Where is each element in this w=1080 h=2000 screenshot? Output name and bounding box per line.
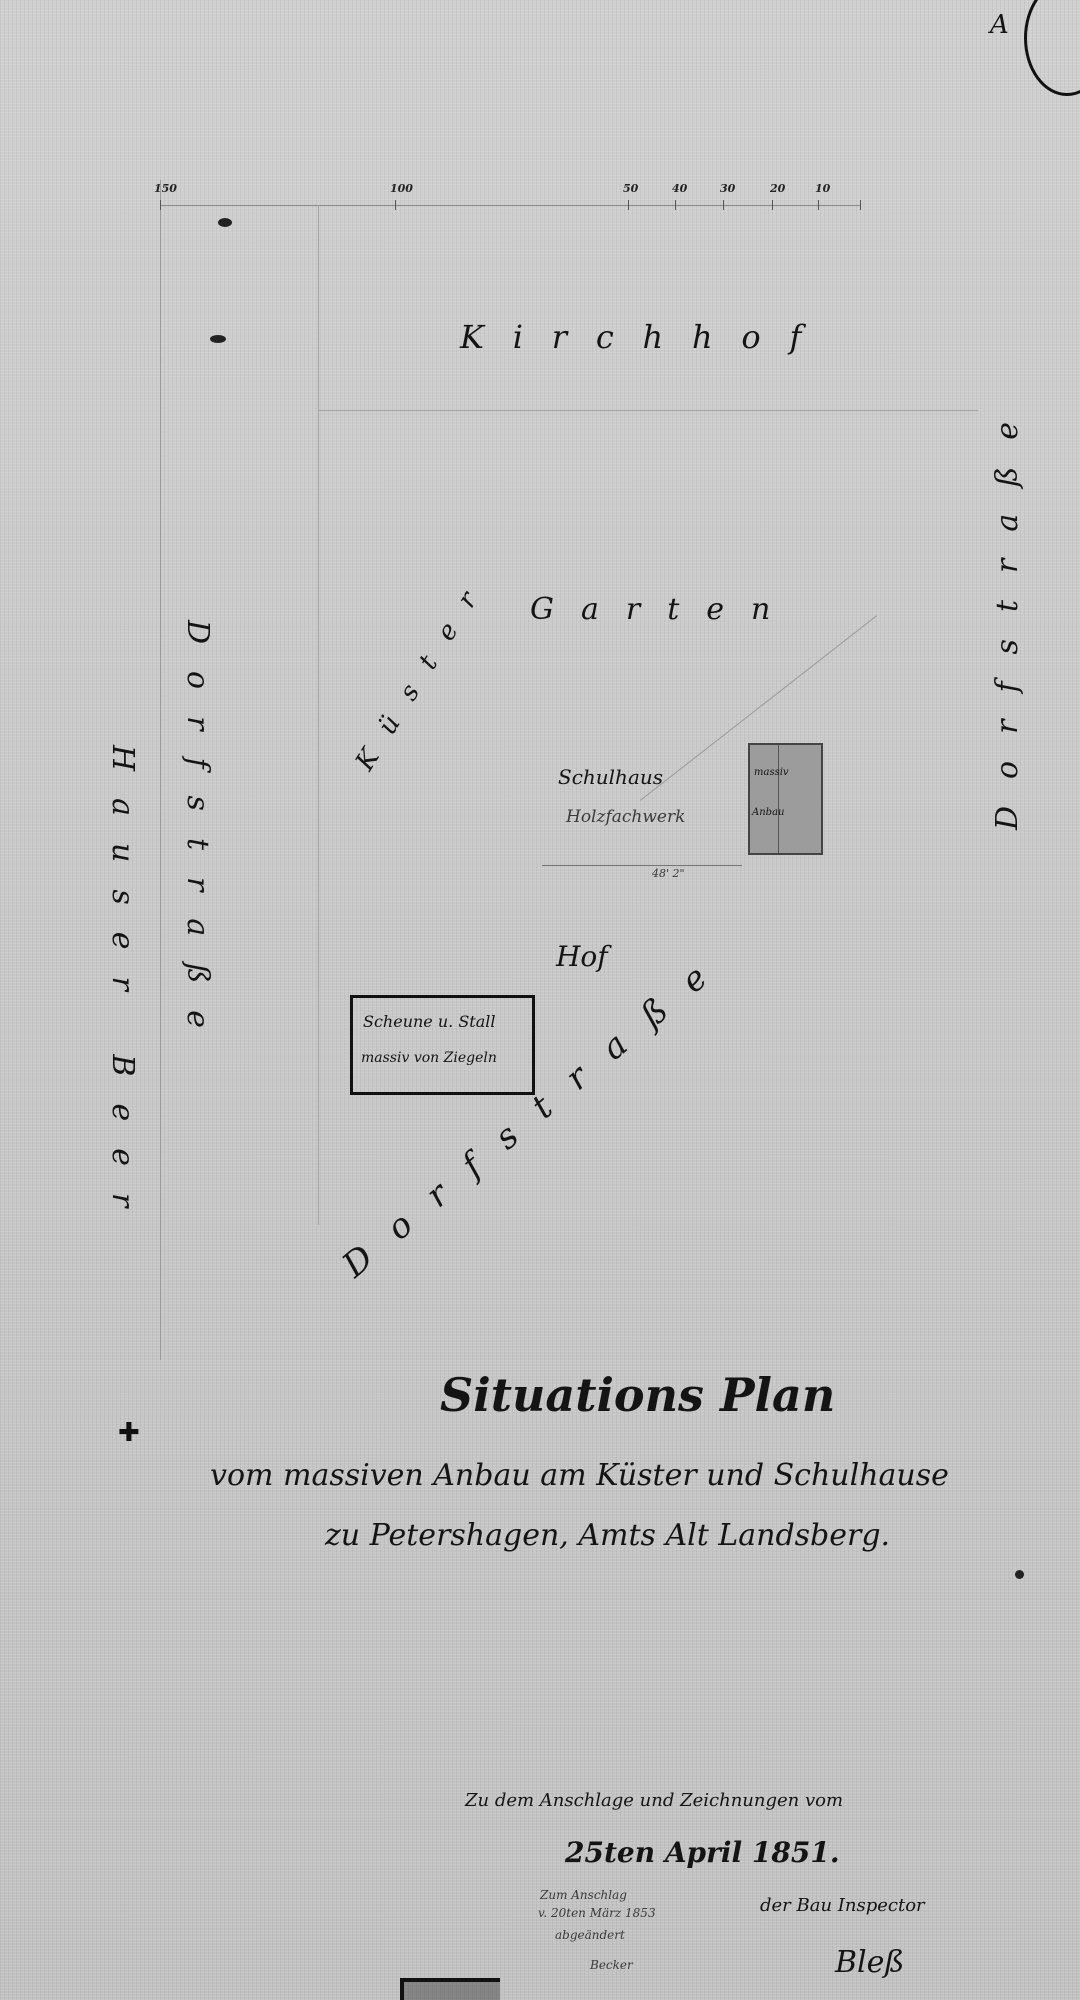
title-main: Situations Plan	[440, 1368, 835, 1422]
scale-label: 20	[770, 182, 785, 195]
label-courtyard: Hof	[556, 940, 608, 973]
sheet-mark: A	[990, 10, 1009, 40]
scale-bar: 150 100 50 40 30 20 10	[160, 182, 865, 212]
scale-label: 150	[154, 182, 177, 195]
label-garden-owner: Küster	[350, 567, 496, 776]
barn-label-2: massiv von Ziegeln	[361, 1050, 497, 1066]
schoolhouse-dimension: 48' 2"	[652, 867, 685, 880]
label-garden: Garten	[530, 592, 797, 627]
sheet-mark-circle	[1024, 0, 1080, 96]
attestation-date: 25ten April 1851.	[565, 1836, 840, 1869]
inspector-signature: Bleß	[835, 1945, 904, 1980]
cross-mark-icon: ✚	[118, 1418, 140, 1448]
title-location: zu Petershagen, Amts Alt Landsberg.	[325, 1518, 890, 1553]
scale-label: 30	[720, 182, 735, 195]
ink-blot	[218, 218, 232, 227]
ink-blot	[210, 335, 226, 343]
note-line-3: abgeändert	[555, 1928, 625, 1942]
label-street-far-left: Hauser Beer	[105, 745, 140, 1234]
schoolhouse-material: Holzfachwerk	[566, 807, 685, 827]
schoolhouse: Schulhaus Holzfachwerk 48' 2"	[542, 745, 742, 866]
annex-label-2: Anbau	[752, 807, 784, 818]
note-line-2: v. 20ten März 1853	[538, 1906, 656, 1920]
note-line-1: Zum Anschlag	[540, 1888, 627, 1902]
schoolhouse-name: Schulhaus	[558, 765, 663, 789]
annex-label-1: massiv	[754, 767, 789, 778]
scale-label: 10	[815, 182, 830, 195]
churchyard-boundary	[318, 410, 978, 411]
label-street-right: Dorfstraße	[990, 395, 1025, 830]
ink-dot	[1015, 1570, 1024, 1579]
inspector-role: der Bau Inspector	[760, 1895, 925, 1916]
scale-label: 100	[390, 182, 413, 195]
note-line-4: Becker	[590, 1958, 633, 1972]
barn-building: Scheune u. Stall massiv von Ziegeln	[350, 995, 535, 1095]
label-street-left: Dorfstraße	[180, 620, 215, 1055]
scale-label: 40	[672, 182, 687, 195]
plot-boundary-left	[160, 180, 161, 1360]
label-street-bottom: Dorfstraße	[335, 938, 738, 1286]
title-subtitle: vom massiven Anbau am Küster und Schulha…	[210, 1458, 949, 1493]
stamp-edge	[400, 1978, 500, 2000]
annex-building: massiv Anbau	[748, 743, 823, 855]
label-churchyard: Kirchhof	[460, 318, 830, 356]
attestation-line: Zu dem Anschlage und Zeichnungen vom	[465, 1790, 843, 1811]
barn-label-1: Scheune u. Stall	[363, 1012, 496, 1031]
garden-boundary-left	[318, 205, 319, 1225]
scale-label: 50	[623, 182, 638, 195]
